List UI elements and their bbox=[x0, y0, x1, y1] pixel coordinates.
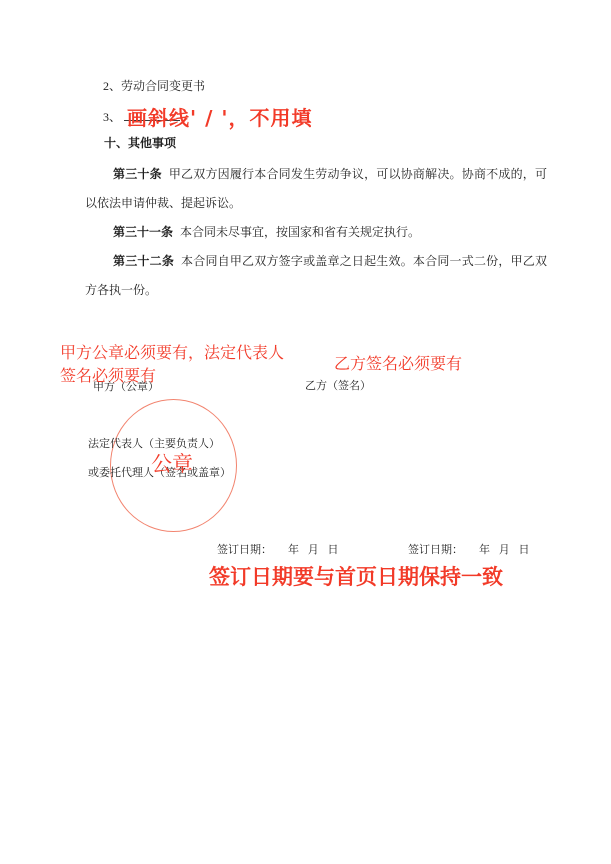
annotation-party-a-note-line2: 签名必须要有 bbox=[60, 364, 284, 387]
annotation-party-a-note-line1: 甲方公章必须要有，法定代表人 bbox=[60, 341, 284, 364]
signing-date-party-b: 签订日期：年 月 日 bbox=[408, 541, 530, 557]
article-30: 第三十条甲乙双方因履行本合同发生劳动争议，可以协商解决。协商不成的，可以依法申请… bbox=[85, 160, 547, 218]
article-32-label: 第三十二条 bbox=[113, 254, 174, 268]
signing-date-b-fields: 年 月 日 bbox=[479, 544, 530, 556]
annotation-party-a-note: 甲方公章必须要有，法定代表人 签名必须要有 bbox=[60, 341, 284, 387]
annotation-seal-note: 公章 bbox=[151, 448, 193, 478]
list-item-3-prefix: 3、 bbox=[103, 110, 121, 124]
signing-date-a-label: 签订日期： bbox=[217, 544, 272, 556]
party-b-signature-label: 乙方（签名） bbox=[305, 380, 371, 394]
contract-document-page: 2、劳动合同变更书 3、 画斜线' / '，不用填 十、其他事项 第三十条甲乙双… bbox=[0, 0, 611, 864]
section-title-other-matters: 十、其他事项 bbox=[104, 136, 176, 151]
article-32: 第三十二条本合同自甲乙双方签字或盖章之日起生效。本合同一式二份，甲乙双方各执一份… bbox=[85, 247, 547, 305]
list-item-2: 2、劳动合同变更书 bbox=[103, 79, 205, 94]
articles-block: 第三十条甲乙双方因履行本合同发生劳动争议，可以协商解决。协商不成的，可以依法申请… bbox=[85, 160, 547, 305]
article-31-label: 第三十一条 bbox=[113, 225, 173, 239]
annotation-slash-note: 画斜线' / '，不用填 bbox=[127, 102, 312, 131]
article-31-text: 本合同未尽事宜，按国家和省有关规定执行。 bbox=[180, 225, 420, 239]
article-30-label: 第三十条 bbox=[113, 167, 162, 181]
signing-date-a-fields: 年 月 日 bbox=[288, 544, 339, 556]
annotation-date-note: 签订日期要与首页日期保持一致 bbox=[209, 561, 503, 591]
signing-date-b-label: 签订日期： bbox=[408, 544, 463, 556]
annotation-party-b-note: 乙方签名必须要有 bbox=[334, 351, 462, 374]
article-31: 第三十一条本合同未尽事宜，按国家和省有关规定执行。 bbox=[85, 218, 547, 247]
signing-date-party-a: 签订日期：年 月 日 bbox=[217, 541, 339, 557]
